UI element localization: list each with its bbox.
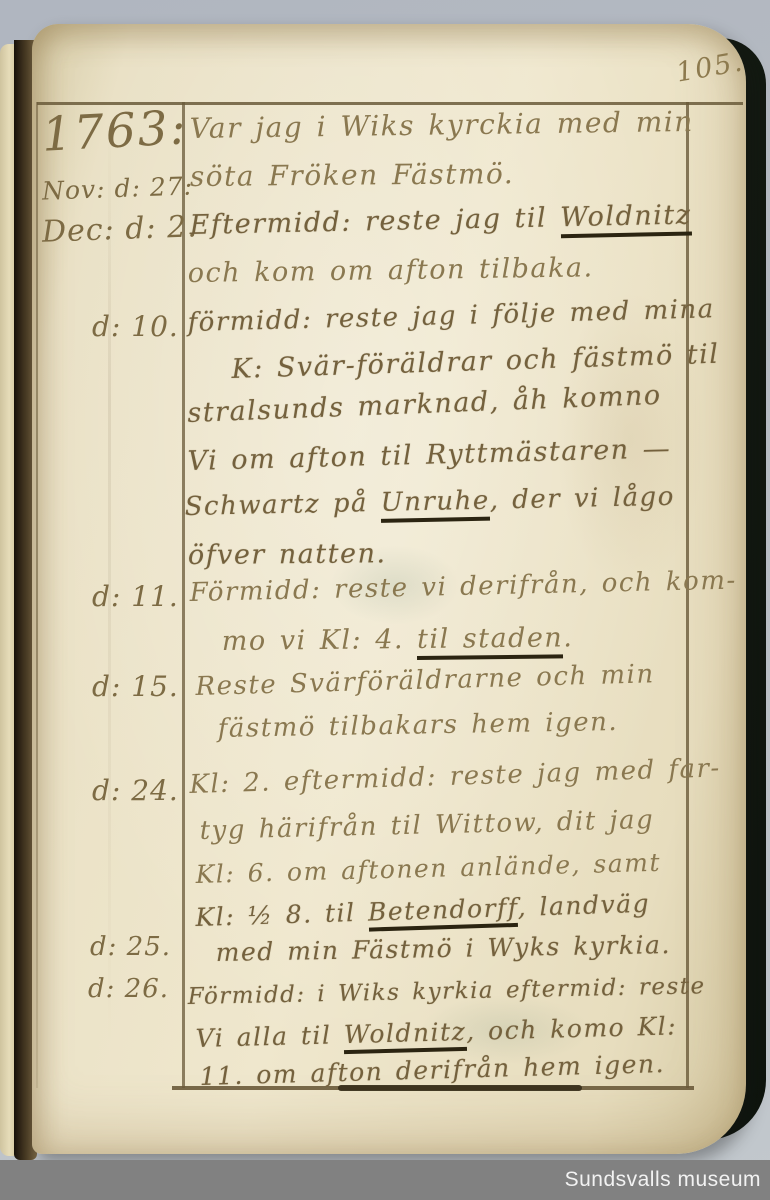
manuscript-photo: 105. 1763: Nov: d: 27: Dec: d: 2. d: 10.… <box>0 0 770 1200</box>
underlined-place-name: Woldnitz <box>343 1017 466 1054</box>
entry-date: d: 11. <box>92 580 179 613</box>
line-text: . <box>563 622 573 653</box>
line-text: söta Fröken Fästmö. <box>190 157 515 193</box>
entry-date: Nov: d: 27: <box>42 171 194 205</box>
line-text: Kl: ½ 8. til <box>195 898 368 932</box>
entry-date: d: 24. <box>92 774 179 807</box>
line-text: , der vi lågo <box>489 482 675 516</box>
underlined-place-name: Unruhe <box>380 486 490 523</box>
museum-credit-bar: Sundsvalls museum <box>0 1160 770 1200</box>
handwritten-line: Var jag i Wiks kyrckia med min <box>190 105 694 145</box>
underlined-place-name: til staden <box>417 622 564 660</box>
handwritten-line: och kom om afton tilbaka. <box>188 252 594 289</box>
handwritten-line: öfver natten. <box>188 538 387 571</box>
entry-date: d: 25. <box>90 932 171 962</box>
line-text: , landväg <box>517 889 650 922</box>
entry-date: Dec: d: 2. <box>41 209 198 249</box>
handwritten-line: mo vi Kl: 4. til staden. <box>222 622 574 657</box>
line-text: , och komo Kl: <box>466 1011 678 1046</box>
line-text: öfver natten. <box>188 538 387 571</box>
line-text: mo vi Kl: 4. <box>222 624 418 657</box>
year-heading: 1763: <box>41 100 189 163</box>
line-text: och kom om afton tilbaka. <box>188 252 594 289</box>
museum-credit: Sundsvalls museum <box>565 1168 761 1192</box>
line-text: Schwartz på <box>184 488 381 522</box>
entry-date: d: 10. <box>92 310 179 343</box>
underlined-place-name: Betendorff <box>368 893 519 932</box>
handwritten-line: söta Fröken Fästmö. <box>190 157 515 193</box>
line-text: Var jag i Wiks kyrckia med min <box>190 105 694 145</box>
line-text: Vi alla til <box>195 1020 344 1053</box>
underlined-place-name: Woldnitz <box>560 199 692 238</box>
frame-line-date-divider <box>182 102 185 1088</box>
frame-line-left <box>36 102 38 1088</box>
entry-date: d: 15. <box>92 670 179 703</box>
entry-date: d: 26. <box>88 974 169 1004</box>
